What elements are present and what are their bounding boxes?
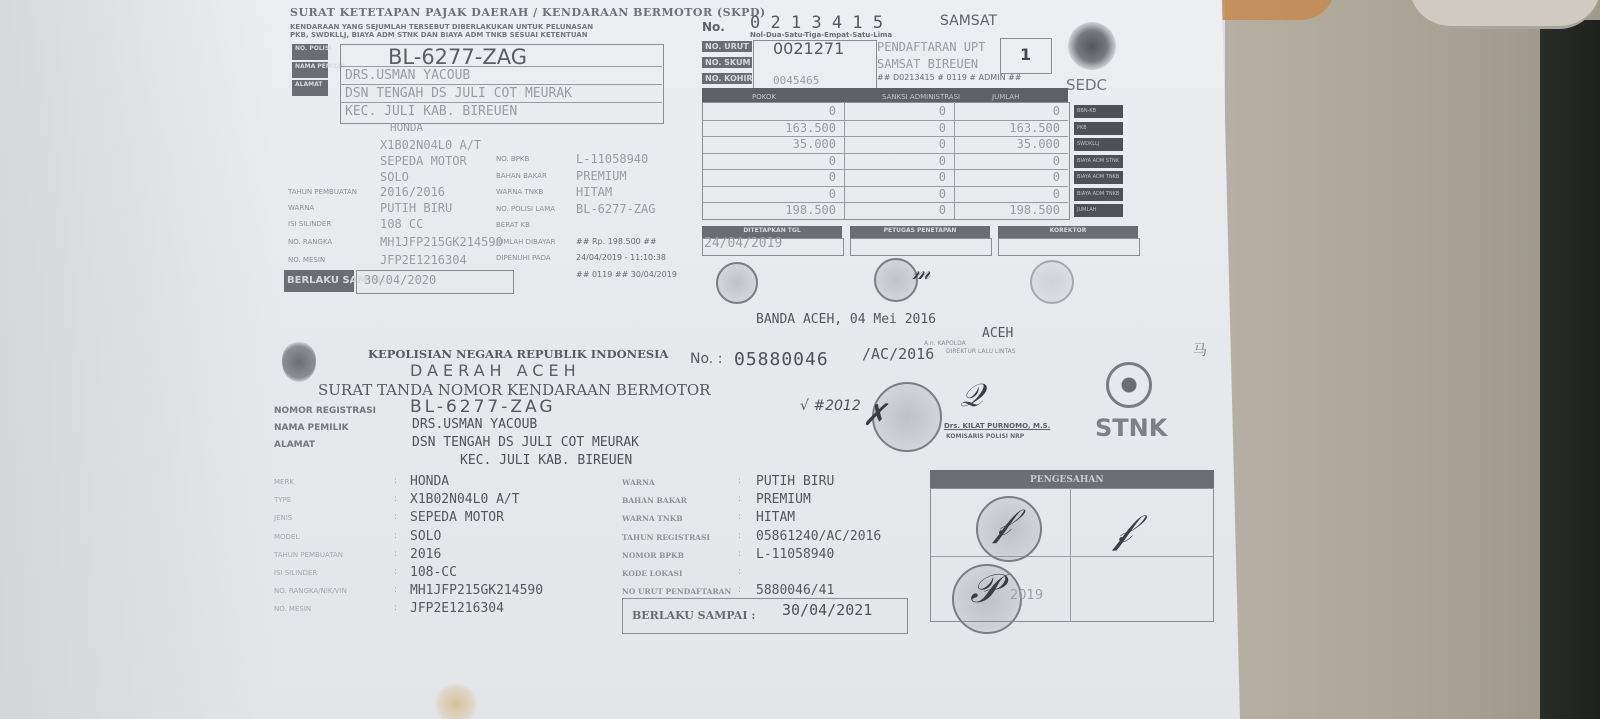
- skpd-label-isi-silinder: ISI SILINDER: [288, 220, 331, 228]
- skpd-mid-value: ## 0119 ## 30/04/2019: [576, 270, 677, 279]
- stnk-logo-caption: STNK: [1095, 414, 1167, 442]
- fee-header-pokok: POKOK: [752, 93, 776, 101]
- skpd-address-2: KEC. JULI KAB. BIREUEN: [345, 104, 517, 119]
- vehicle-colon: :: [394, 549, 397, 559]
- fee-row-label: PKB: [1074, 122, 1123, 135]
- stamp-right: [1030, 260, 1074, 304]
- label-no-kohir: NO. KOHIR: [702, 73, 752, 84]
- pengesahan-stamp-year: 2019: [1010, 588, 1043, 603]
- fee-jumlah: 163.500: [954, 121, 1060, 135]
- skpd-vehicle-jenis: SEPEDA MOTOR: [380, 154, 467, 168]
- fee-table-row: 000BIAYA ADM TNKB: [702, 187, 1158, 203]
- skpd-mid-label: NO. BPKB: [496, 155, 529, 163]
- vehicle-value: SEPEDA MOTOR: [410, 510, 504, 525]
- vehicle-right-value: PREMIUM: [756, 492, 811, 507]
- vehicle-label: NO. RANGKA/NIK/VIN: [274, 587, 347, 595]
- stamp-left: [716, 262, 758, 304]
- fee-pokok: 0: [702, 187, 836, 201]
- skpd-vehicle-rangka: MH1JFP215GK214590: [380, 235, 503, 249]
- vehicle-right-value: L-11058940: [756, 547, 834, 562]
- samsat-copy-number: 1: [1020, 45, 1031, 64]
- samsat-number: 0 2 1 3 4 1 5: [750, 13, 883, 33]
- fee-row-label: SWDKLLJ: [1074, 138, 1123, 151]
- vehicle-right-label: BAHAN BAKAR: [622, 496, 687, 505]
- skpd-subtitle-2: PKB, SWDKLLJ, BIAYA ADM STNK DAN BIAYA A…: [290, 31, 588, 39]
- label-nomor-registrasi: NOMOR REGISTRASI: [274, 406, 376, 416]
- skpd-mid-value: 24/04/2019 - 11:10:38: [576, 253, 666, 262]
- skpd-mid-label: JUMLAH DIBAYAR: [496, 238, 555, 246]
- label-alamat: ALAMAT: [292, 80, 328, 96]
- fee-pokok: 198.500: [702, 203, 836, 217]
- skpd-label-rangka: NO. RANGKA: [288, 238, 332, 246]
- vehicle-right-colon: :: [738, 512, 741, 522]
- fee-header-jumlah: JUMLAH: [992, 93, 1019, 101]
- skpd-address-1: DSN TENGAH DS JULI COT MEURAK: [345, 86, 572, 101]
- vehicle-right-label: TAHUN REGISTRASI: [622, 533, 710, 542]
- pengesahan-divider: [930, 556, 1214, 557]
- vehicle-right-colon: :: [738, 585, 741, 595]
- fee-row-label: JUMLAH: [1074, 204, 1123, 217]
- skpd-vehicle-model: SOLO: [380, 170, 409, 184]
- document-paper: SURAT KETETAPAN PAJAK DAERAH / KENDARAAN…: [0, 0, 1240, 719]
- pengesahan-signature-2: 𝒻: [1114, 506, 1132, 552]
- stnk-signature: ✗: [862, 398, 887, 433]
- vehicle-label: MERK: [274, 478, 294, 486]
- stnk-region: DAERAH ACEH: [410, 361, 581, 380]
- fee-jumlah: 35.000: [954, 137, 1060, 151]
- vehicle-label: MODEL: [274, 533, 299, 541]
- fee-table-row: 000BIAYA ADM TNKB: [702, 170, 1158, 186]
- fee-table-row: 000BIAYA ADM STNK: [702, 154, 1158, 170]
- skpd-title: SURAT KETETAPAN PAJAK DAERAH / KENDARAAN…: [290, 6, 766, 19]
- vehicle-right-value: PUTIH BIRU: [756, 474, 834, 489]
- skpd-subtitle-1: KENDARAAN YANG SEJUMLAH TERSEBUT DIBERLA…: [290, 23, 593, 31]
- skpd-vehicle-warna: PUTIH BIRU: [380, 201, 452, 215]
- fee-sanksi: 0: [844, 137, 946, 151]
- fee-sanksi: 0: [844, 154, 946, 168]
- vehicle-right-label: NOMOR BPKB: [622, 551, 684, 560]
- label-alamat-stnk: ALAMAT: [274, 440, 315, 450]
- stnk-address-2: KEC. JULI KAB. BIREUEN: [460, 453, 632, 468]
- skpd-mid-value: PREMIUM: [576, 169, 627, 183]
- fee-jumlah: 0: [954, 154, 1060, 168]
- skpd-mid-label: NO. POLISI LAMA: [496, 205, 555, 213]
- signature-box: [850, 238, 992, 256]
- label-nama-pemilik-stnk: NAMA PEMILIK: [274, 423, 349, 433]
- fee-table-row: 163.5000163.500PKB: [702, 121, 1158, 137]
- vehicle-value: 108-CC: [410, 565, 457, 580]
- vehicle-right-value: HITAM: [756, 510, 795, 525]
- fee-jumlah: 0: [954, 170, 1060, 184]
- signatory-region: ACEH: [982, 326, 1013, 341]
- samsat-office-line2: SAMSAT BIREUEN: [877, 57, 978, 71]
- stain-spot: [432, 684, 480, 719]
- fee-sanksi: 0: [844, 187, 946, 201]
- vehicle-right-label: KODE LOKASI: [622, 569, 682, 578]
- fee-table-row: 35.000035.000SWDKLLJ: [702, 137, 1158, 153]
- stnk-owner: DRS.USMAN YACOUB: [412, 417, 537, 432]
- vehicle-right-value: 05861240/AC/2016: [756, 529, 881, 544]
- vehicle-right-colon: :: [738, 567, 741, 577]
- label-no-skum: NO. SKUM: [702, 57, 752, 68]
- stnk-signature-main: 𝒬: [960, 376, 983, 415]
- skpd-label-mesin: NO. MESIN: [288, 256, 325, 264]
- stnk-logo-icon: [1106, 362, 1152, 408]
- vehicle-colon: :: [394, 585, 397, 595]
- samsat-logo: [1068, 22, 1116, 70]
- fee-jumlah: 198.500: [954, 203, 1060, 217]
- pengesahan-signature-1: 𝒻: [994, 500, 1011, 545]
- signature-box-title: PETUGAS PENETAPAN: [850, 226, 990, 238]
- label-berlaku-sampai: BERLAKU SAMPAI: [284, 270, 354, 292]
- vehicle-colon: :: [394, 531, 397, 541]
- fee-sanksi: 0: [844, 104, 946, 118]
- vehicle-label: TYPE: [274, 496, 291, 504]
- table-edge: [1540, 20, 1600, 719]
- signature-box: [998, 238, 1140, 256]
- samsat-no-kohir: 0045465: [773, 74, 819, 87]
- vehicle-right-colon: :: [738, 494, 741, 504]
- fee-row-label: BIAYA ADM STNK: [1074, 155, 1123, 168]
- label-nama-pemilik: NAMA PEMILIK: [292, 62, 328, 78]
- vehicle-right-label: WARNA: [622, 478, 655, 487]
- vehicle-right-label: NO URUT PENDAFTARAN: [622, 587, 731, 596]
- fee-pokok: 35.000: [702, 137, 836, 151]
- vehicle-right-colon: :: [738, 549, 741, 559]
- fee-jumlah: 0: [954, 187, 1060, 201]
- stnk-check-note: √ #2012: [800, 398, 861, 414]
- fee-table-row: 198.5000198.500JUMLAH: [702, 203, 1158, 219]
- skpd-mid-value: ## Rp. 198.500 ##: [576, 237, 657, 246]
- skpd-mid-label: BAHAN BAKAR: [496, 172, 547, 180]
- samsat-no-urut: 0021271: [773, 39, 844, 58]
- vehicle-right-value: 5880046/41: [756, 583, 834, 598]
- vehicle-value: SOLO: [410, 529, 441, 544]
- vehicle-label: ISI SILINDER: [274, 569, 317, 577]
- vehicle-value: MH1JFP215GK214590: [410, 583, 543, 598]
- vehicle-right-label: WARNA TNKB: [622, 514, 683, 523]
- fee-sanksi: 0: [844, 121, 946, 135]
- vehicle-label: TAHUN PEMBUATAN: [274, 551, 343, 559]
- stnk-org: KEPOLISIAN NEGARA REPUBLIK INDONESIA: [368, 347, 668, 361]
- fee-pokok: 0: [702, 104, 836, 118]
- vehicle-value: JFP2E1216304: [410, 601, 504, 616]
- fee-jumlah: 0: [954, 104, 1060, 118]
- pengesahan-table: PENGESAHAN 𝒻 𝒻 𝒫 2019: [930, 470, 1214, 622]
- glass-lid: [1410, 0, 1600, 29]
- fee-row-label: BIAYA ADM TNKB: [1074, 171, 1123, 184]
- vehicle-right-colon: :: [738, 531, 741, 541]
- samsat-no-label: No.: [702, 20, 725, 34]
- vehicle-right-colon: :: [738, 476, 741, 486]
- skpd-owner: DRS.USMAN YACOUB: [345, 68, 470, 83]
- stnk-official-rank: KOMISARIS POLISI NRP: [946, 433, 1024, 440]
- stnk-official-name: Drs. KILAT PURNOMO, M.S.: [944, 422, 1050, 430]
- samsat-number-words: Nol-Dua-Satu-Tiga-Empat-Satu-Lima: [750, 31, 892, 39]
- stnk-number-suffix: /AC/2016: [862, 345, 934, 363]
- stnk-address-1: DSN TENGAH DS JULI COT MEURAK: [412, 435, 639, 450]
- label-no-polisi: NO. POLISI: [292, 44, 328, 60]
- pengesahan-title: PENGESAHAN: [1030, 475, 1104, 485]
- skpd-mid-value: L-11058940: [576, 152, 648, 166]
- vehicle-label: NO. MESIN: [274, 605, 311, 613]
- pengesahan-divider: [1070, 488, 1071, 621]
- skpd-vehicle-type: X1B02N04L0 A/T: [380, 138, 481, 152]
- fee-pokok: 0: [702, 154, 836, 168]
- skpd-vehicle-mesin: JFP2E1216304: [380, 253, 467, 267]
- skpd-vehicle-cc: 108 CC: [380, 217, 423, 231]
- stnk-number: 05880046: [734, 349, 829, 370]
- signature-box-title: KOREKTOR: [998, 226, 1138, 238]
- signature-middle: 𝓂: [912, 260, 931, 285]
- police-emblem: [282, 342, 316, 382]
- city-date: BANDA ACEH, 04 Mei 2016: [756, 312, 936, 327]
- vehicle-value: 2016: [410, 547, 441, 562]
- divider: [340, 102, 662, 103]
- skpd-vehicle-tahun: 2016/2016: [380, 185, 445, 199]
- skpd-mid-label: DIPENUHI PADA: [496, 254, 551, 262]
- skpd-plate: BL-6277-ZAG: [388, 45, 527, 69]
- stnk-no-label: No. :: [690, 351, 722, 367]
- skpd-mid-label: BERAT KB: [496, 221, 530, 229]
- skpd-mid-value: HITAM: [576, 185, 612, 199]
- vehicle-colon: :: [394, 567, 397, 577]
- stnk-valid-until: 30/04/2021: [782, 601, 872, 619]
- vehicle-colon: :: [394, 476, 397, 486]
- divider: [340, 84, 662, 85]
- pengesahan-signature-3: 𝒫: [970, 566, 999, 612]
- samsat-office: SAMSAT: [940, 13, 997, 29]
- skpd-mid-value: BL-6277-ZAG: [576, 202, 655, 216]
- fee-table: POKOK SANKSI ADMINISTRASI JUMLAH 000BBN-…: [702, 88, 1158, 222]
- vehicle-value: HONDA: [410, 474, 449, 489]
- stnk-side-mark: ⻢: [1193, 340, 1207, 360]
- skpd-label-tahun: TAHUN PEMBUATAN: [288, 188, 357, 196]
- fee-table-row: 000BBN-KB: [702, 104, 1158, 120]
- stnk-plate: BL-6277-ZAG: [410, 397, 556, 417]
- fee-pokok: 163.500: [702, 121, 836, 135]
- fee-sanksi: 0: [844, 170, 946, 184]
- fee-row-label: BBN-KB: [1074, 105, 1123, 118]
- vehicle-colon: :: [394, 603, 397, 613]
- vehicle-colon: :: [394, 512, 397, 522]
- signature-box-value: 24/04/2019: [704, 236, 782, 251]
- fee-header-sanksi: SANKSI ADMINISTRASI: [882, 93, 960, 101]
- fee-pokok: 0: [702, 170, 836, 184]
- vehicle-value: X1B02N04L0 A/T: [410, 492, 520, 507]
- skpd-mid-label: WARNA TNKB: [496, 188, 543, 196]
- fee-row-label: BIAYA ADM TNKB: [1074, 188, 1123, 201]
- samsat-office-line1: PENDAFTARAN UPT: [877, 40, 985, 54]
- skpd-label-warna: WARNA: [288, 204, 314, 212]
- label-no-urut: NO. URUT: [702, 41, 752, 52]
- vehicle-colon: :: [394, 494, 397, 504]
- fee-sanksi: 0: [844, 203, 946, 217]
- skpd-vehicle-merk: HONDA: [390, 121, 423, 134]
- paper-shadow: [0, 0, 280, 719]
- signatory-role: DIREKTUR LALU LINTAS: [946, 348, 1016, 355]
- stnk-valid-label: BERLAKU SAMPAI :: [632, 609, 755, 622]
- vehicle-label: JENIS: [274, 514, 292, 522]
- samsat-code-line: ## D0213415 # 0119 # ADMIN ##: [877, 73, 1022, 82]
- skpd-valid-until: 30/04/2020: [364, 273, 436, 287]
